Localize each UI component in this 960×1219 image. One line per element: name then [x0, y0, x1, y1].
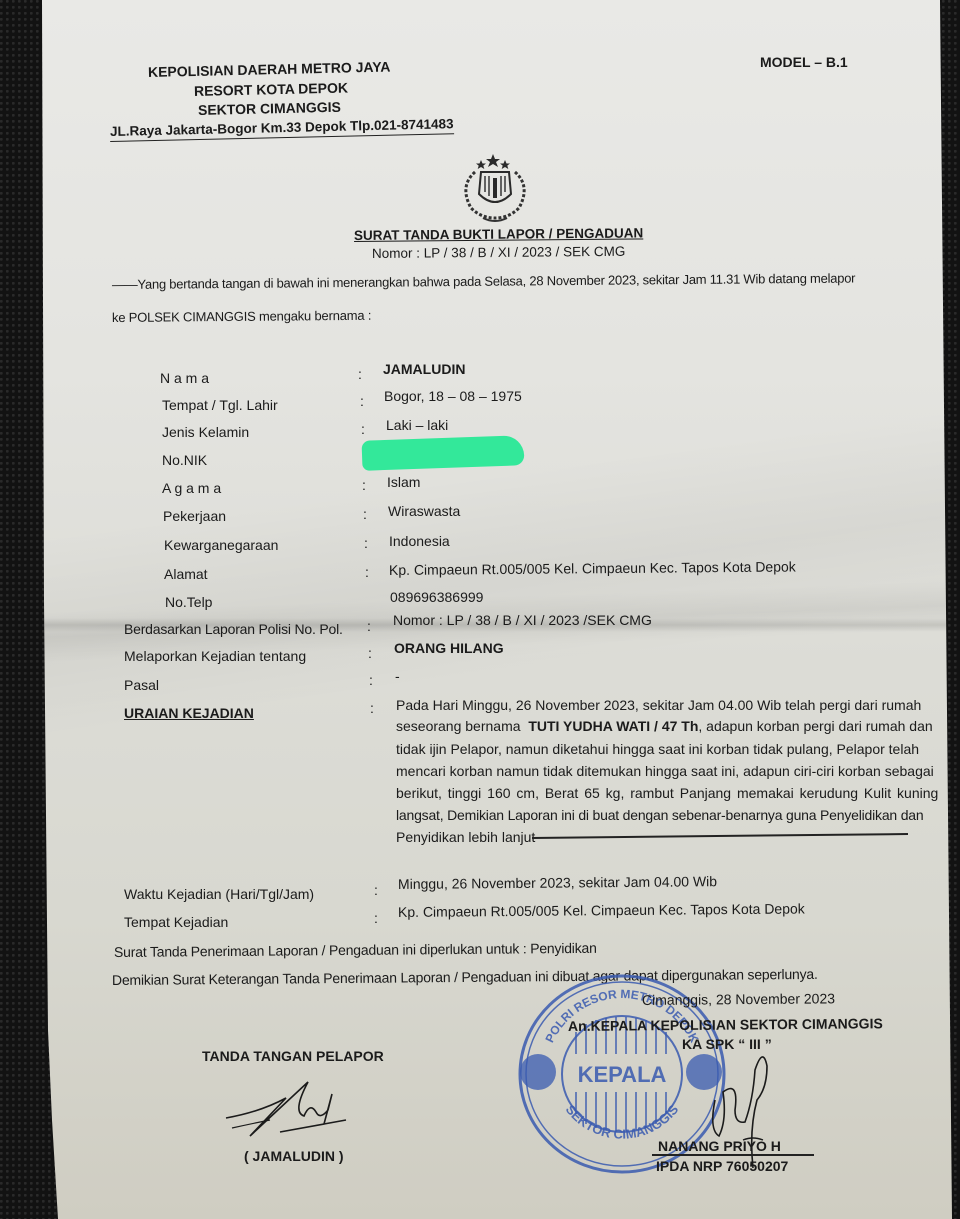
report-about-value: ORANG HILANG	[394, 640, 504, 656]
description-line: mencari korban namun tidak ditemukan hin…	[396, 763, 934, 779]
description-end-line	[532, 833, 908, 838]
report-about-label: Melaporkan Kejadian tentang	[124, 648, 306, 664]
report-article-value: -	[395, 668, 400, 684]
field-sep: :	[365, 564, 369, 580]
letterhead-address: JL.Raya Jakarta-Bogor Km.33 Depok Tlp.02…	[110, 116, 454, 142]
field-label-phone: No.Telp	[165, 594, 212, 610]
field-value-occupation: Wiraswasta	[388, 503, 460, 519]
field-value-religion: Islam	[387, 474, 420, 490]
field-sep: :	[370, 700, 374, 716]
model-code: MODEL – B.1	[760, 54, 848, 70]
description-line: seseorang bernama TUTI YUDHA WATI / 47 T…	[396, 718, 933, 734]
field-sep: :	[358, 366, 362, 382]
field-label-nik: No.NIK	[162, 452, 207, 468]
field-value-address: Kp. Cimpaeun Rt.005/005 Kel. Cimpaeun Ke…	[389, 558, 796, 578]
field-sep: :	[374, 910, 378, 926]
reporter-signature-heading: TANDA TANGAN PELAPOR	[202, 1048, 384, 1064]
field-value-birth: Bogor, 18 – 08 – 1975	[384, 388, 522, 404]
field-sep: :	[360, 393, 364, 409]
field-sep: :	[368, 645, 372, 661]
nik-redaction-mark	[362, 435, 525, 471]
field-sep: :	[369, 672, 373, 688]
incident-place-value: Kp. Cimpaeun Rt.005/005 Kel. Cimpaeun Ke…	[398, 900, 805, 920]
field-value-gender: Laki – laki	[386, 417, 448, 433]
report-document: KEPOLISIAN DAERAH METRO JAYA RESORT KOTA…	[0, 0, 960, 1219]
description-line-suffix: , adapun korban pergi dari rumah dan	[698, 718, 932, 734]
field-sep: :	[362, 477, 366, 493]
report-basis-label: Berdasarkan Laporan Polisi No. Pol.	[124, 621, 343, 637]
letterhead-line-3: SEKTOR CIMANGGIS	[198, 99, 341, 118]
description-line-prefix: seseorang bernama	[396, 718, 521, 734]
reporter-signature-icon	[220, 1072, 360, 1142]
official-name: NANANG PRIYO H	[658, 1138, 781, 1154]
field-value-phone: 089696386999	[390, 589, 483, 605]
field-label-gender: Jenis Kelamin	[162, 424, 249, 440]
letterhead-line-2: RESORT KOTA DEPOK	[194, 80, 348, 99]
reporter-name: ( JAMALUDIN )	[244, 1148, 344, 1164]
signing-place-date: Cimanggis, 28 November 2023	[642, 990, 835, 1008]
signing-on-behalf: An.KEPALA KEPOLISIAN SEKTOR CIMANGGIS	[568, 1015, 883, 1034]
report-description-label: URAIAN KEJADIAN	[124, 705, 254, 721]
field-label-citizenship: Kewarganegaraan	[164, 537, 278, 553]
field-label-religion: A g a m a	[162, 480, 221, 496]
field-sep: :	[367, 618, 371, 634]
official-rank-nrp: IPDA NRP 76050207	[656, 1158, 788, 1174]
incident-place-label: Tempat Kejadian	[124, 914, 228, 930]
description-line: Pada Hari Minggu, 26 November 2023, seki…	[396, 697, 921, 713]
svg-text:SEKTOR CIMANGGIS: SEKTOR CIMANGGIS	[563, 1102, 682, 1142]
missing-person-name: TUTI YUDHA WATI / 47 Th	[528, 718, 698, 734]
description-line: berikut, tinggi 160 cm, Berat 65 kg, ram…	[396, 785, 938, 801]
document-title: SURAT TANDA BUKTI LAPOR / PENGADUAN	[354, 225, 643, 244]
incident-time-label: Waktu Kejadian (Hari/Tgl/Jam)	[124, 886, 314, 902]
svg-text:KEPALA: KEPALA	[578, 1062, 667, 1087]
field-value-name: JAMALUDIN	[383, 361, 465, 377]
document-number: Nomor : LP / 38 / B / XI / 2023 / SEK CM…	[372, 244, 625, 262]
field-label-birth: Tempat / Tgl. Lahir	[162, 397, 278, 413]
report-basis-value: Nomor : LP / 38 / B / XI / 2023 /SEK CMG	[393, 612, 652, 628]
police-emblem-icon	[447, 152, 547, 228]
letterhead-line-1: KEPOLISIAN DAERAH METRO JAYA	[148, 59, 391, 80]
field-label-address: Alamat	[164, 566, 208, 582]
purpose-statement: Surat Tanda Penerimaan Laporan / Pengadu…	[114, 940, 597, 960]
intro-line-2: ke POLSEK CIMANGGIS mengaku bernama :	[112, 308, 371, 326]
description-line: tidak ijin Pelapor, namun diketahui hing…	[396, 741, 919, 757]
report-article-label: Pasal	[124, 677, 159, 693]
field-sep: :	[363, 506, 367, 522]
field-sep: :	[361, 421, 365, 437]
official-name-underline	[652, 1154, 814, 1156]
field-value-citizenship: Indonesia	[389, 533, 450, 549]
field-sep: :	[364, 535, 368, 551]
description-line: Penyidikan lebih lanjut	[396, 829, 535, 845]
field-sep: :	[374, 882, 378, 898]
field-label-name: N a m a	[160, 370, 209, 386]
description-line: langsat, Demikian Laporan ini di buat de…	[396, 807, 923, 823]
field-label-occupation: Pekerjaan	[163, 508, 226, 524]
intro-line-1: ——Yang bertanda tangan di bawah ini mene…	[112, 271, 855, 293]
incident-time-value: Minggu, 26 November 2023, sekitar Jam 04…	[398, 873, 717, 892]
